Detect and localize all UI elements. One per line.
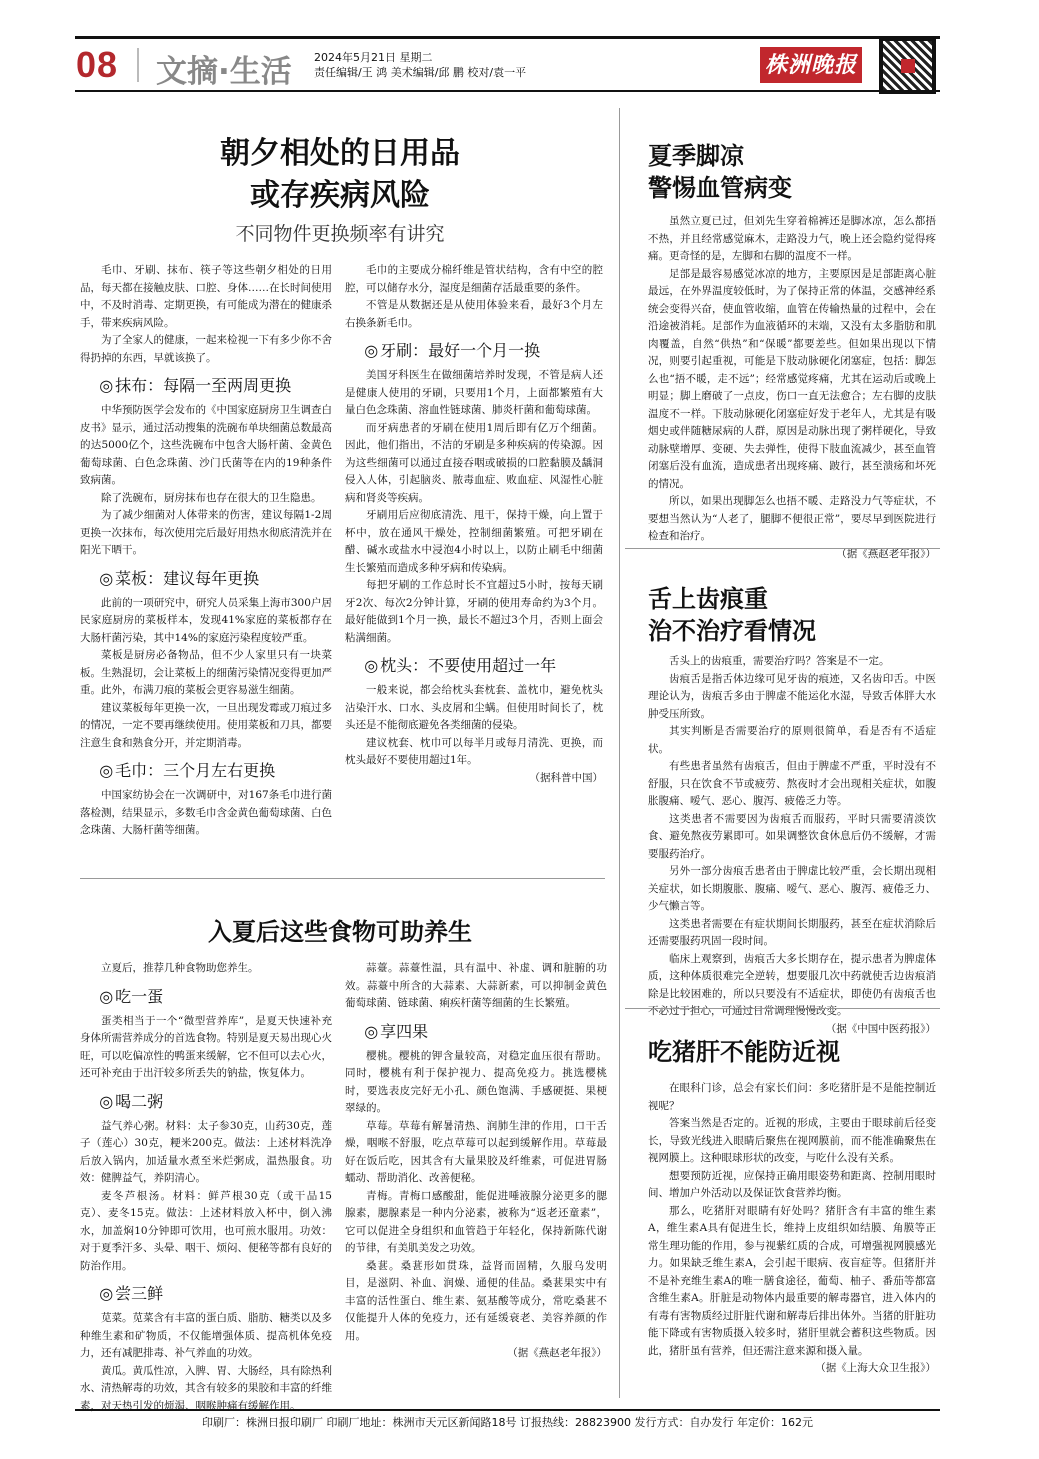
source-credit: （据《燕赵老年报》） — [345, 1345, 607, 1363]
paragraph: 牙刷用后应彻底清洗、甩干，保持干燥，向上置于杯中，放在通风干燥处，控制细菌繁殖。… — [345, 507, 603, 577]
qr-code-icon[interactable] — [879, 37, 936, 94]
paragraph: 中华预防医学会发布的《中国家庭厨房卫生调查白皮书》显示，通过活动搜集的洗碗布单块… — [80, 402, 332, 490]
paragraph: 舌头上的齿痕重，需要治疗吗？答案是不一定。 — [648, 653, 936, 671]
article1-col2: 毛巾的主要成分棉纤维是管状结构，含有中空的腔腔，可以储存水分，湿度是细菌存活最重… — [345, 262, 603, 787]
subheading: 枕头：不要使用超过一年 — [345, 653, 603, 676]
paragraph: 而牙病患者的牙刷在使用1周后即有亿万个细菌。因此，他们指出，不洁的牙刷是多种疾病… — [345, 420, 603, 508]
page-number: 08 — [76, 44, 118, 86]
footer-rule — [75, 1409, 940, 1411]
issue-date: 2024年5月21日 星期二 — [314, 50, 526, 65]
paragraph: 黄瓜。黄瓜性凉，入脾、胃、大肠经，具有除热利水、清热解毒的功效，其含有较多的果胶… — [80, 1363, 332, 1416]
paragraph: 麦冬芦根汤。材料：鲜芦根30克（或干品15克）、麦冬15克。做法：上述材料放入杯… — [80, 1188, 332, 1276]
paragraph: 为了全家人的健康，一起来检视一下有多少你不舍得扔掉的东西，早就该换了。 — [80, 332, 332, 367]
subheading: 吃一蛋 — [80, 984, 332, 1007]
paragraph: 虽然立夏已过，但刘先生穿着棉裤还是脚冰凉，怎么都捂不热，并且经常感觉麻木，走路没… — [648, 213, 936, 266]
article2-body: 虽然立夏已过，但刘先生穿着棉裤还是脚冰凉，怎么都捂不热，并且经常感觉麻木，走路没… — [648, 213, 936, 563]
paragraph: 所以，如果出现脚怎么也捂不暖、走路没力气等症状，不要想当然认为“人老了，腿脚不便… — [648, 493, 936, 546]
subheading: 抹布：每隔一至两周更换 — [80, 373, 332, 396]
article1-title-line1: 朝夕相处的日用品 — [80, 133, 600, 175]
paragraph: 想要预防近视，应保持正确用眼姿势和距离、控制用眼时间、增加户外活动以及保证饮食营… — [648, 1168, 936, 1203]
article1-title-line2: 或存疾病风险 — [80, 175, 600, 217]
paragraph: 有些患者虽然有齿痕舌，但由于脾虚不严重，平时没有不舒服，只在饮食不节或疲劳、熬夜… — [648, 758, 936, 811]
paragraph: 其实判断是否需要治疗的原则很简单，看是否有不适症状。 — [648, 723, 936, 758]
article4-col2: 蒜薹。蒜薹性温，具有温中、补虚、调和脏腑的功效。蒜薹中所含的大蒜素、大蒜新素，可… — [345, 960, 607, 1363]
article2-title-line1: 夏季脚凉 — [648, 140, 792, 172]
subheading: 菜板：建议每年更换 — [80, 566, 332, 589]
paragraph: 樱桃。樱桃的钾含量较高，对稳定血压很有帮助。同时，樱桃有利于保护视力、提高免疫力… — [345, 1048, 607, 1118]
paragraph: 这类患者不需要因为齿痕舌而服药，平时只需要清淡饮食、避免熬夜劳累即可。如果调整饮… — [648, 811, 936, 864]
paragraph: 此前的一项研究中，研究人员采集上海市300户居民家庭厨房的菜板样本，发现41%家… — [80, 595, 332, 648]
editor-credits: 责任编辑/王 鸿 美术编辑/邱 鹏 校对/袁一平 — [314, 65, 526, 80]
horizontal-divider — [625, 1008, 940, 1009]
article3-title-line1: 舌上齿痕重 — [648, 583, 816, 615]
horizontal-divider — [80, 878, 605, 879]
paragraph: 益气养心粥。材料：太子参30克，山药30克，莲子（莲心）30克，粳米200克。做… — [80, 1118, 332, 1188]
article2-title-line2: 警惕血管病变 — [648, 172, 792, 204]
paragraph: 毛巾的主要成分棉纤维是管状结构，含有中空的腔腔，可以储存水分，湿度是细菌存活最重… — [345, 262, 603, 297]
section-title: 文摘·生活 — [156, 46, 292, 91]
paragraph: 足部是最容易感觉冰凉的地方，主要原因是足部距离心脏最远，在外界温度较低时，为了保… — [648, 266, 936, 494]
paragraph: 桑葚。桑葚形如贯珠，益肾而固精，久服乌发明目，是滋阴、补血、润燥、通便的佳品。桑… — [345, 1258, 607, 1346]
article3-body: 舌头上的齿痕重，需要治疗吗？答案是不一定。 齿痕舌是指舌体边缘可见牙齿的痕迹，又… — [648, 653, 936, 1038]
paragraph: 立夏后，推荐几种食物助您养生。 — [80, 960, 332, 978]
header-meta: 2024年5月21日 星期二 责任编辑/王 鸿 美术编辑/邱 鹏 校对/袁一平 — [314, 50, 526, 80]
header-rule-top — [75, 36, 940, 39]
paragraph: 临床上观察到，齿痕舌大多长期存在，提示患者为脾虚体质，这种体质很难完全逆转，想要… — [648, 951, 936, 1021]
vertical-divider — [619, 108, 620, 1398]
subheading: 毛巾：三个月左右更换 — [80, 758, 332, 781]
horizontal-divider — [625, 548, 940, 549]
source-credit: （据《上海大众卫生报》） — [648, 1360, 936, 1378]
paragraph: 草莓。草莓有解暑清热、润肺生津的作用，口干舌燥，咽喉不舒服，吃点草莓可以起到缓解… — [345, 1118, 607, 1188]
article3-title-line2: 治不治疗看情况 — [648, 615, 816, 647]
paragraph: 青梅。青梅口感酸甜，能促进唾液腺分泌更多的腮腺素，腮腺素是一种内分泌素，被称为“… — [345, 1188, 607, 1258]
article4-col1: 立夏后，推荐几种食物助您养生。 吃一蛋 蛋类相当于一个“微型营养库”，是夏天快速… — [80, 960, 332, 1415]
source-credit: （据科普中国） — [345, 770, 603, 788]
article3-title: 舌上齿痕重 治不治疗看情况 — [648, 583, 816, 647]
subheading: 牙刷：最好一个月一换 — [345, 338, 603, 361]
article1-col1: 毛巾、牙刷、抹布、筷子等这些朝夕相处的日用品，每天都在接触皮肤、口腔、身体……在… — [80, 262, 332, 840]
header-divider — [137, 48, 139, 82]
paragraph: 美国牙科医生在做细菌培养时发现，不管是病人还是健康人使用的牙刷，只要用1个月，上… — [345, 367, 603, 420]
paragraph: 那么，吃猪肝对眼睛有好处吗？猪肝含有丰富的维生素A，维生素A具有促进生长，维持上… — [648, 1203, 936, 1361]
newspaper-logo: 株洲晚报 — [760, 47, 862, 83]
paragraph: 菜板是厨房必备物品，但不少人家里只有一块菜板。生熟混切，会让菜板上的细菌污染情况… — [80, 647, 332, 700]
paragraph: 除了洗碗布，厨房抹布也存在很大的卫生隐患。 — [80, 490, 332, 508]
article1-title: 朝夕相处的日用品 或存疾病风险 — [80, 133, 600, 217]
paragraph: 答案当然是否定的。近视的形成，主要由于眼球前后径变长，导致光线进入眼睛后聚焦在视… — [648, 1115, 936, 1168]
paragraph: 一般来说，都会给枕头套枕套、盖枕巾，避免枕头沾染汗水、口水、头皮屑和尘螨。但使用… — [345, 682, 603, 735]
paragraph: 齿痕舌是指舌体边缘可见牙齿的痕迹，又名齿印舌。中医理论认为，齿痕舌多由于脾虚不能… — [648, 671, 936, 724]
qr-logo-icon — [901, 59, 915, 73]
paragraph: 毛巾、牙刷、抹布、筷子等这些朝夕相处的日用品，每天都在接触皮肤、口腔、身体……在… — [80, 262, 332, 332]
article2-title: 夏季脚凉 警惕血管病变 — [648, 140, 792, 204]
paragraph: 建议枕套、枕巾可以每半月或每月清洗、更换，而枕头最好不要使用超过1年。 — [345, 735, 603, 770]
paragraph: 建议菜板每年更换一次，一旦出现发霉或刀痕过多的情况，一定不要再继续使用。使用菜板… — [80, 700, 332, 753]
article1-subtitle: 不同物件更换频率有讲究 — [80, 219, 600, 246]
paragraph: 在眼科门诊，总会有家长们问：多吃猪肝是不是能控制近视呢？ — [648, 1080, 936, 1115]
paragraph: 蛋类相当于一个“微型营养库”，是夏天快速补充身体所需营养成分的首选食物。特别是夏… — [80, 1013, 332, 1083]
article5-title: 吃猪肝不能防近视 — [648, 1036, 840, 1068]
article5-body: 在眼科门诊，总会有家长们问：多吃猪肝是不是能控制近视呢？ 答案当然是否定的。近视… — [648, 1080, 936, 1378]
subheading: 享四果 — [345, 1019, 607, 1042]
subheading: 尝三鲜 — [80, 1281, 332, 1304]
paragraph: 中国家纺协会在一次调研中，对167条毛巾进行菌落检测，结果显示，多数毛巾含金黄色… — [80, 787, 332, 840]
imprint-footer: 印刷厂：株洲日报印刷厂 印刷厂地址：株洲市天元区新闻路18号 订报热线：2882… — [75, 1414, 940, 1430]
paragraph: 这类患者需要在有症状期间长期服药，甚至在症状消除后还需要服药巩固一段时间。 — [648, 916, 936, 951]
paragraph: 为了减少细菌对人体带来的伤害，建议每隔1-2周更换一次抹布，每次使用完后最好用热… — [80, 507, 332, 560]
paragraph: 苋菜。苋菜含有丰富的蛋白质、脂肪、糖类以及多种维生素和矿物质，不仅能增强体质、提… — [80, 1310, 332, 1363]
paragraph: 不管是从数据还是从使用体验来看，最好3个月左右换条新毛巾。 — [345, 297, 603, 332]
subheading: 喝二粥 — [80, 1089, 332, 1112]
paragraph: 蒜薹。蒜薹性温，具有温中、补虚、调和脏腑的功效。蒜薹中所含的大蒜素、大蒜新素，可… — [345, 960, 607, 1013]
header-rule-bottom — [75, 90, 940, 92]
paragraph: 另外一部分齿痕舌患者由于脾虚比较严重，会长期出现相关症状，如长期腹胀、腹痛、嗳气… — [648, 863, 936, 916]
paragraph: 每把牙刷的工作总时长不宜超过5小时，按每天刷牙2次、每次2分钟计算，牙刷的使用寿… — [345, 577, 603, 647]
article4-title: 入夏后这些食物可助养生 — [80, 912, 600, 947]
